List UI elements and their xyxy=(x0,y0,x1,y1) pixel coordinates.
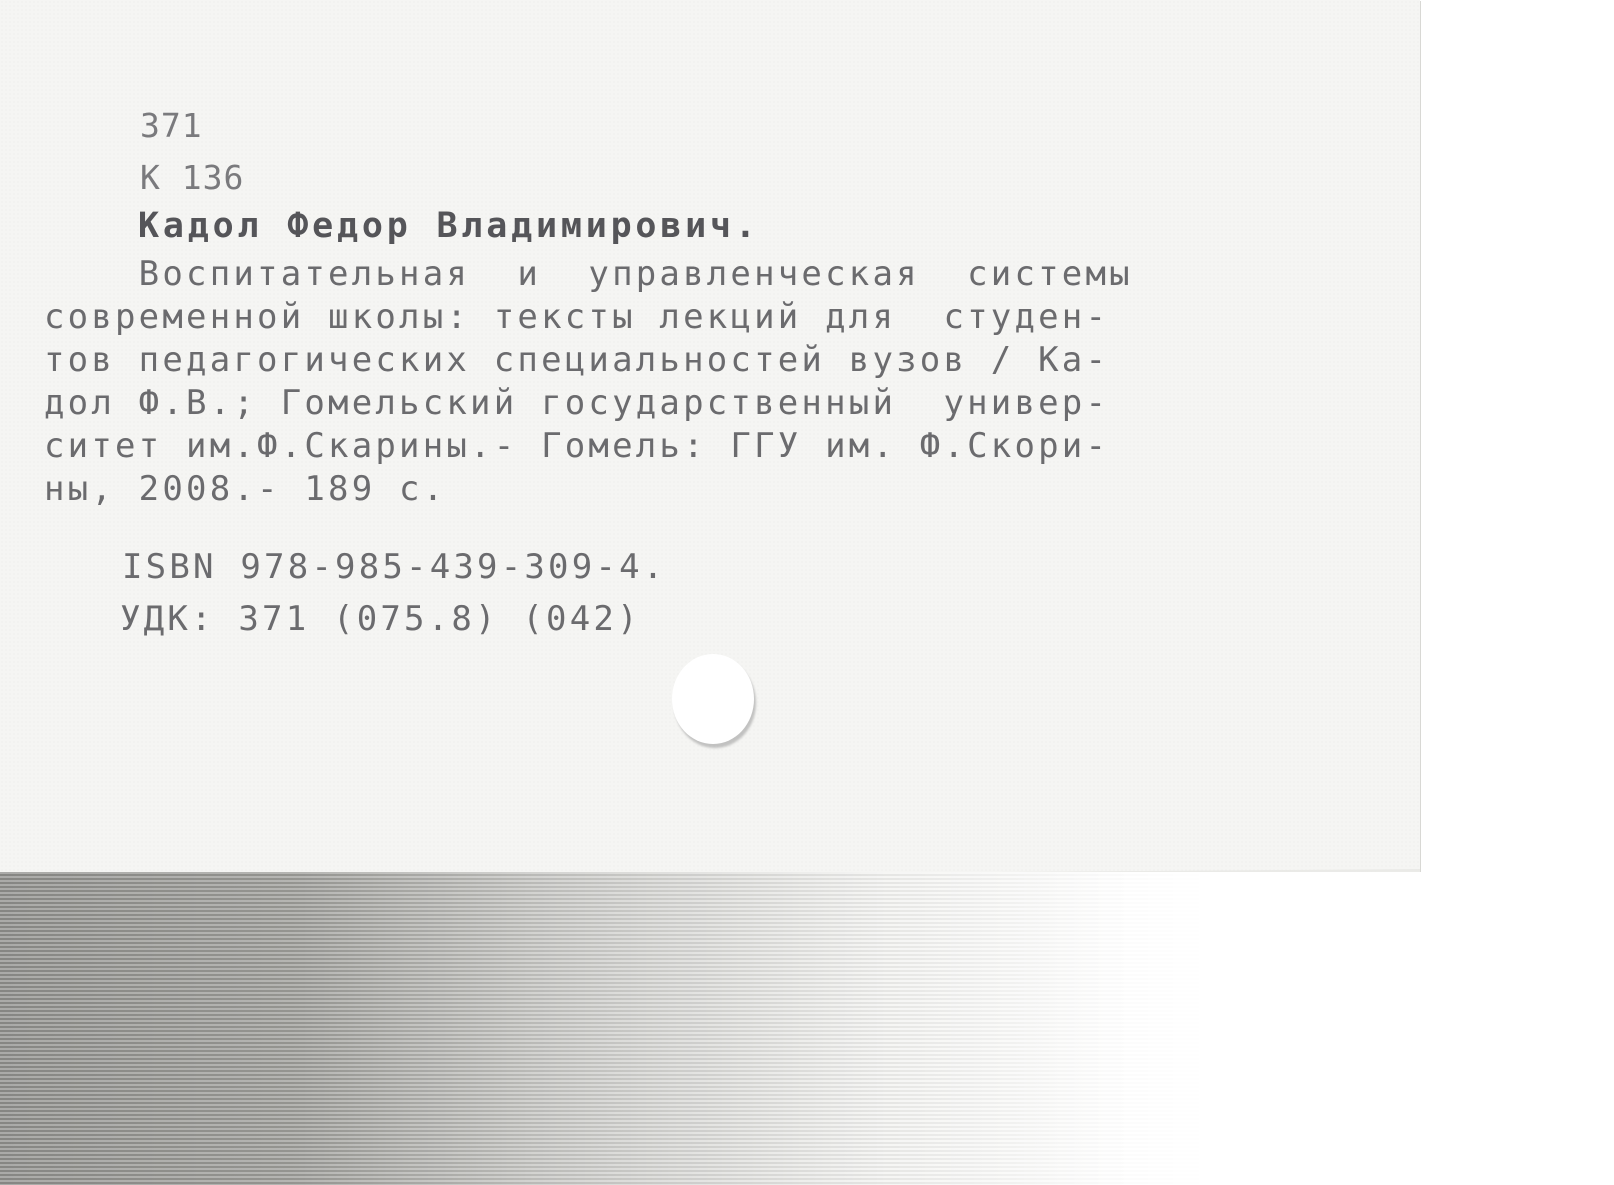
isbn: ISBN 978-985-439-309-4. xyxy=(122,546,666,589)
punch-hole xyxy=(672,654,754,744)
description-line: Воспитательная и управленческая системы xyxy=(44,254,1133,294)
call-number-block: 371 К 136 xyxy=(140,100,244,204)
bibliographic-description: Воспитательная и управленческая системы … xyxy=(44,253,1133,511)
description-line: дол Ф.В.; Гомельский государственный уни… xyxy=(44,383,1109,423)
call-number: 371 xyxy=(140,106,203,145)
description-line: ны, 2008.- 189 с. xyxy=(44,469,446,509)
description-line: тов педагогических специальностей вузов … xyxy=(44,340,1109,380)
author-heading: Кадол Федор Владимирович. xyxy=(138,205,760,248)
cutter-number: К 136 xyxy=(140,158,244,197)
scanner-background xyxy=(0,872,1614,1185)
description-line: современной школы: тексты лекций для сту… xyxy=(44,297,1109,337)
catalog-card: 371 К 136 Кадол Федор Владимирович. Восп… xyxy=(0,0,1420,876)
udk-classification: УДК: 371 (075.8) (042) xyxy=(120,598,641,641)
description-line: ситет им.Ф.Скарины.- Гомель: ГГУ им. Ф.С… xyxy=(44,426,1109,466)
